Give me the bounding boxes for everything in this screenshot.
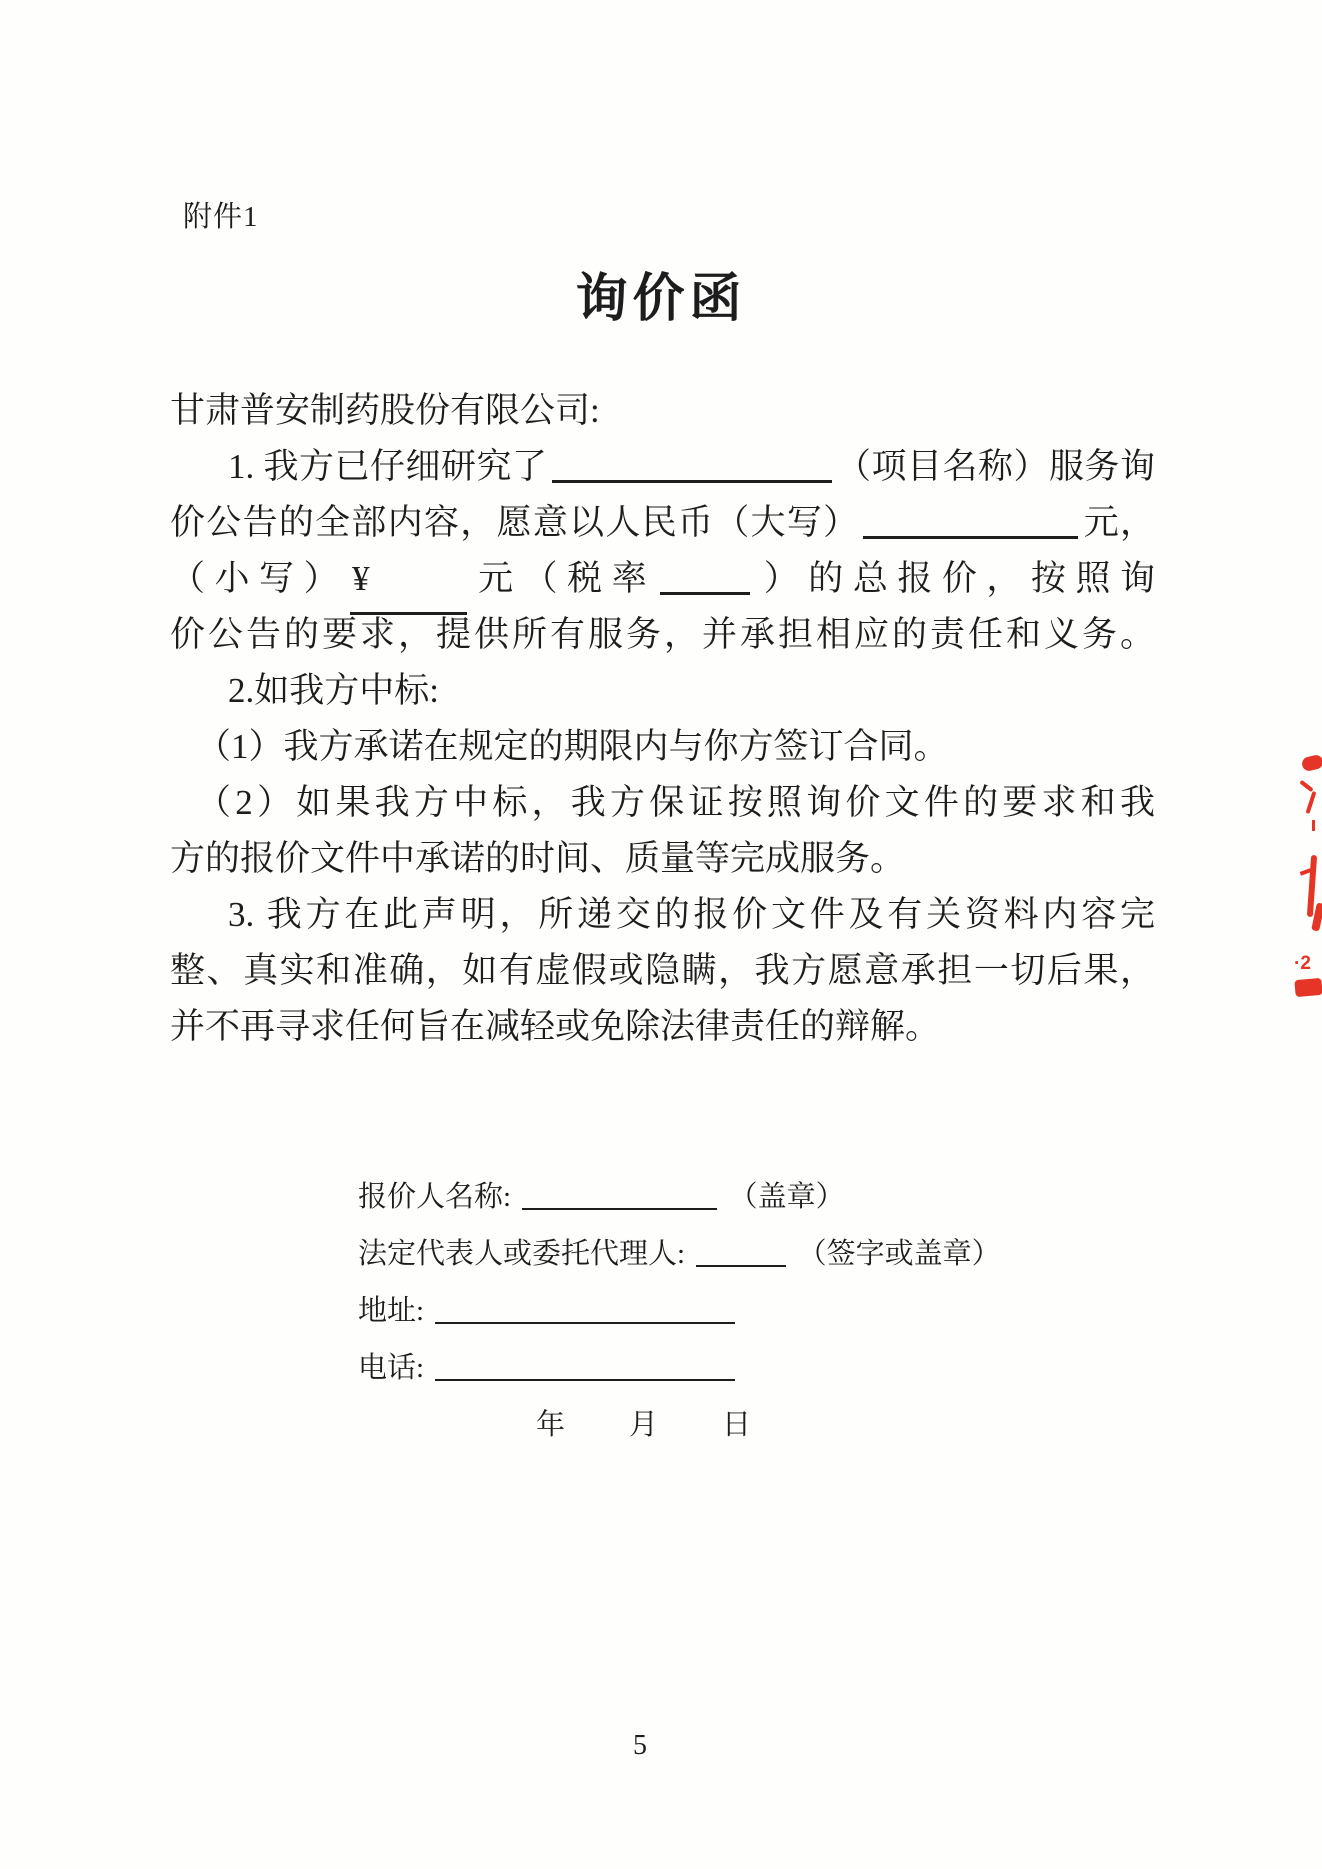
body-text: 价公告的要求，提供所有服务，并承担相应的责任和义务。 [170,615,1155,654]
body-text: 价公告的全部内容，愿意以人民币（大写） [170,503,859,542]
yuan-symbol: ¥ [352,559,370,598]
sign-or-seal-note: （签字或盖章） [798,1238,1001,1270]
phone-line: 电话: [358,1340,1001,1397]
body-text: 整、真实和准确，如有虚假或隐瞒，我方愿意承担一切后果， [170,951,1155,990]
salutation-text: 甘肃普安制药股份有限公司: [170,391,600,430]
bidder-name-line: 报价人名称: （盖章） [358,1169,1001,1226]
body-text: （项目名称）服务询 [836,447,1156,486]
stamp-fragment [1299,780,1313,792]
amount-in-words-blank [863,511,1078,539]
body-text: （小写） [170,559,348,598]
body-line: 3. 我方在此声明，所递交的报价文件及有关资料内容完 [170,887,1155,943]
body-line: 1. 我方已仔细研究了（项目名称）服务询 [170,439,1155,495]
stamp-fragment [1301,754,1322,773]
body-text: （1）我方承诺在规定的期限内与你方签订合同。 [196,727,949,766]
body-line: 2.如我方中标: [170,663,1155,719]
body-line: 整、真实和准确，如有虚假或隐瞒，我方愿意承担一切后果， [170,943,1155,999]
body-text: 方的报价文件中承诺的时间、质量等完成服务。 [170,839,905,878]
body-line: 方的报价文件中承诺的时间、质量等完成服务。 [170,831,1155,887]
stamp-fragment [1294,978,1322,997]
body-text: ）的总报价，按照询 [754,559,1155,598]
body-text: （2）如果我方中标，我方保证按照询价文件的要求和我 [196,783,1155,822]
date-line: 年 月 日 [358,1397,1001,1454]
legal-rep-line: 法定代表人或委托代理人: （签字或盖章） [358,1226,1001,1283]
seal-note: （盖章） [729,1181,845,1213]
body-text: 并不再寻求任何旨在减轻或免除法律责任的辩解。 [170,1007,940,1046]
attachment-label: 附件1 [183,194,259,235]
signature-block: 报价人名称: （盖章） 法定代表人或委托代理人: （签字或盖章） 地址: 电话:… [358,1169,1001,1454]
stamp-fragment-text: ·2 [1294,953,1311,975]
body-text: 3. 我方在此声明，所递交的报价文件及有关资料内容完 [228,895,1155,934]
document-page: 附件1 询价函 甘肃普安制药股份有限公司: 1. 我方已仔细研究了（项目名称）服… [0,0,1322,1869]
salutation-line: 甘肃普安制药股份有限公司: [170,383,1155,439]
legal-rep-label: 法定代表人或委托代理人: [358,1238,685,1270]
bidder-name-label: 报价人名称: [358,1181,511,1213]
address-label: 地址: [358,1295,424,1327]
stamp-fragment [1306,791,1317,814]
body-line: （2）如果我方中标，我方保证按照询价文件的要求和我 [170,775,1155,831]
tax-rate-blank [660,567,750,595]
page-number: 5 [0,1730,1280,1762]
address-blank [435,1300,735,1324]
body-text: 元， [1082,503,1155,542]
address-line: 地址: [358,1283,1001,1340]
amount-blank-space [370,589,465,590]
phone-label: 电话: [358,1352,424,1384]
body-line: （1）我方承诺在规定的期限内与你方签订合同。 [170,719,1155,775]
document-title: 询价函 [0,256,1322,331]
stamp-fragment [1312,820,1315,831]
legal-rep-blank [696,1243,786,1267]
amount-in-figures-blank: ¥ [350,551,467,615]
body-text: 1. 我方已仔细研究了 [228,447,548,486]
project-name-blank [552,455,832,483]
date-text: 年 月 日 [536,1409,753,1441]
body-text: 元（税率 [469,559,657,598]
body-line: 价公告的要求，提供所有服务，并承担相应的责任和义务。 [170,607,1155,663]
body-line: 价公告的全部内容，愿意以人民币（大写）元， [170,495,1155,551]
body-line: （小写）¥元（税率）的总报价，按照询 [170,551,1155,607]
body-line: 并不再寻求任何旨在减轻或免除法律责任的辩解。 [170,999,1155,1055]
phone-blank [435,1357,735,1381]
letter-body: 甘肃普安制药股份有限公司: 1. 我方已仔细研究了（项目名称）服务询 价公告的全… [170,383,1155,1055]
bidder-name-blank [522,1186,717,1210]
body-text: 2.如我方中标: [228,671,439,710]
